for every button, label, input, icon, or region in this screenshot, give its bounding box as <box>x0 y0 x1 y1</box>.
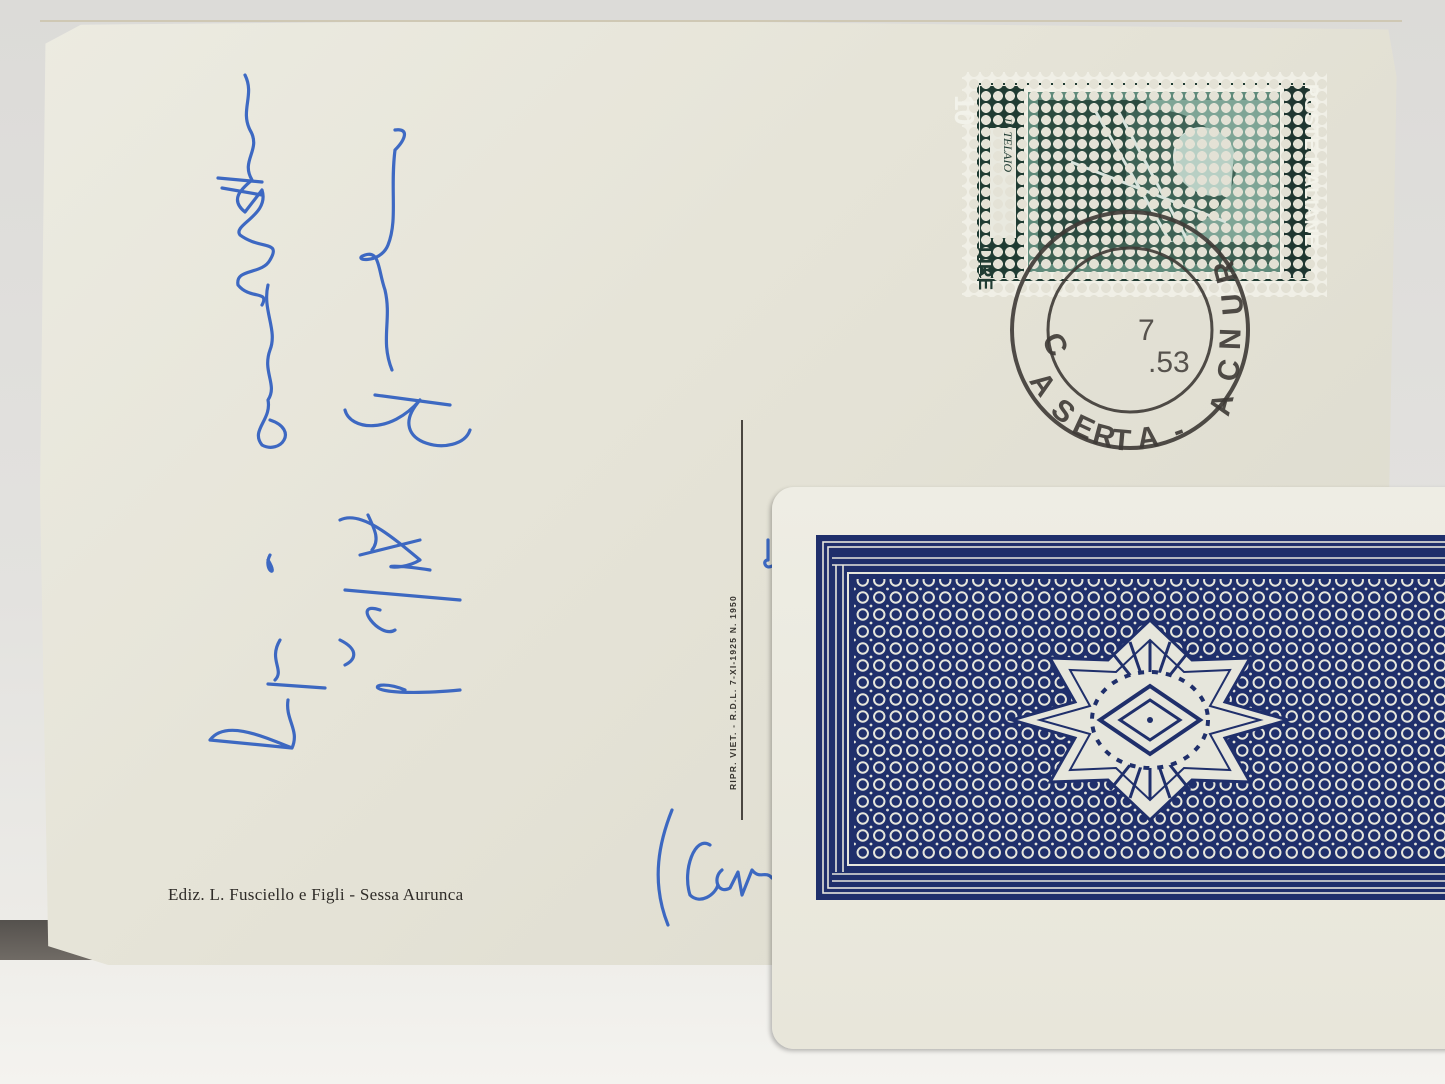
postage-stamp <box>962 72 1327 297</box>
playing-card <box>772 487 1445 1049</box>
stamp-artwork <box>976 82 1312 282</box>
stamp-caption: IL TELAIO <box>1000 118 1015 172</box>
stamp-country: POSTE ITALIANE <box>1299 84 1321 247</box>
stamp-currency: LIRE <box>973 247 995 290</box>
card-back-pattern <box>772 487 1445 1049</box>
photo-scene: RIPR. VIET. - R.D.L. 7-XI-1925 N. 1950 E… <box>0 0 1445 1084</box>
stamp-value: 10 <box>948 95 980 124</box>
